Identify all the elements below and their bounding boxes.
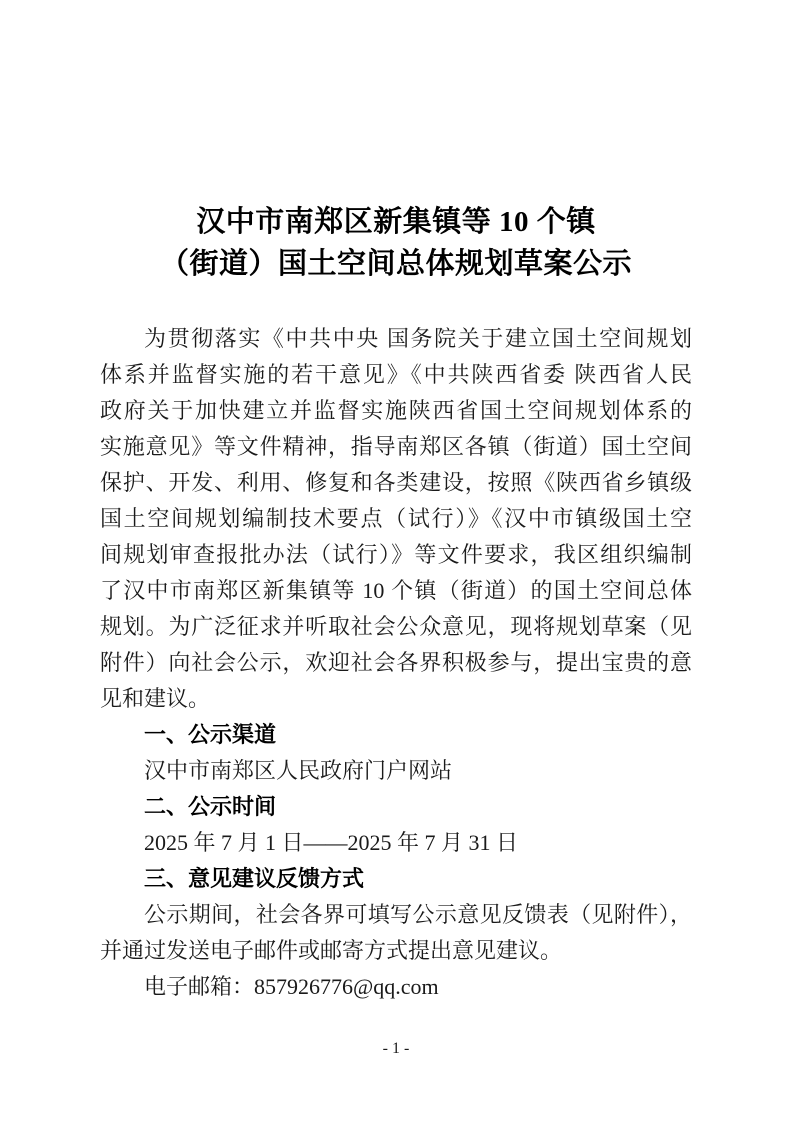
section-3-body-line1: 公示期间，社会各界可填写公示意见反馈表（见附件）， [100, 897, 692, 933]
intro-line: 政府关于加快建立并监督实施陕西省国土空间规划体系的 [100, 393, 692, 429]
section-2-heading: 二、公示时间 [100, 789, 692, 825]
email-address: 857926776@qq.com [254, 974, 439, 999]
section-1-body: 汉中市南郑区人民政府门户网站 [100, 753, 692, 789]
email-label: 电子邮箱： [144, 974, 254, 999]
section-2-body: 2025 年 7 月 1 日——2025 年 7 月 31 日 [100, 825, 692, 861]
section-3-body-line2: 并通过发送电子邮件或邮寄方式提出意见建议。 [100, 933, 692, 969]
document-title-line2: （街道）国土空间总体规划草案公示 [0, 243, 792, 285]
section-3-heading: 三、意见建议反馈方式 [100, 861, 692, 897]
intro-line: 实施意见》等文件精神，指导南郑区各镇（街道）国土空间 [100, 429, 692, 465]
intro-line: 间规划审查报批办法（试行）》等文件要求，我区组织编制 [100, 537, 692, 573]
intro-line: 规划。为广泛征求并听取社会公众意见，现将规划草案（见 [100, 609, 692, 645]
intro-line: 体系并监督实施的若干意见》《中共陕西省委 陕西省人民 [100, 357, 692, 393]
document-title: 汉中市南郑区新集镇等 10 个镇 （街道）国土空间总体规划草案公示 [0, 0, 792, 285]
intro-line: 了汉中市南郑区新集镇等 10 个镇（街道）的国土空间总体 [100, 573, 692, 609]
email-line: 电子邮箱：857926776@qq.com [100, 969, 692, 1005]
intro-line: 附件）向社会公示，欢迎社会各界积极参与，提出宝贵的意 [100, 645, 692, 681]
page-number: - 1 - [0, 1038, 792, 1060]
document-body: 为贯彻落实《中共中央 国务院关于建立国土空间规划 体系并监督实施的若干意见》《中… [100, 321, 692, 1005]
intro-line: 保护、开发、利用、修复和各类建设，按照《陕西省乡镇级 [100, 465, 692, 501]
intro-line: 国土空间规划编制技术要点（试行）》《汉中市镇级国土空 [100, 501, 692, 537]
section-1-heading: 一、公示渠道 [100, 717, 692, 753]
document-title-line1: 汉中市南郑区新集镇等 10 个镇 [0, 201, 792, 243]
intro-line: 为贯彻落实《中共中央 国务院关于建立国土空间规划 [100, 321, 692, 357]
document-page: 汉中市南郑区新集镇等 10 个镇 （街道）国土空间总体规划草案公示 为贯彻落实《… [0, 0, 792, 1121]
intro-line: 见和建议。 [100, 681, 692, 717]
